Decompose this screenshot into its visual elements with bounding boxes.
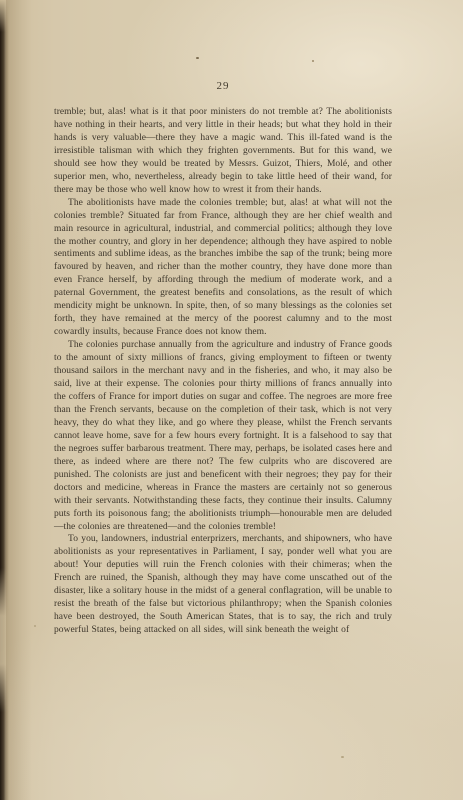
gutter-shadow [6,0,32,800]
paragraph-continuation: tremble; but, alas! what is it that poor… [54,106,392,197]
paper-speck [341,756,344,758]
page-number: 29 [54,80,392,92]
paper-speck [34,625,36,627]
page-text-block: tremble; but, alas! what is it that poor… [54,106,392,637]
paper-speck [312,60,314,62]
paragraph: The colonies purchase annually from the … [54,339,392,533]
paragraph: The abolitionists have made the colonies… [54,197,392,339]
paper-speck [196,57,199,59]
paragraph: To you, landowners, industrial enterpriz… [54,533,392,637]
scanned-book-page: 29 tremble; but, alas! what is it that p… [0,0,463,800]
